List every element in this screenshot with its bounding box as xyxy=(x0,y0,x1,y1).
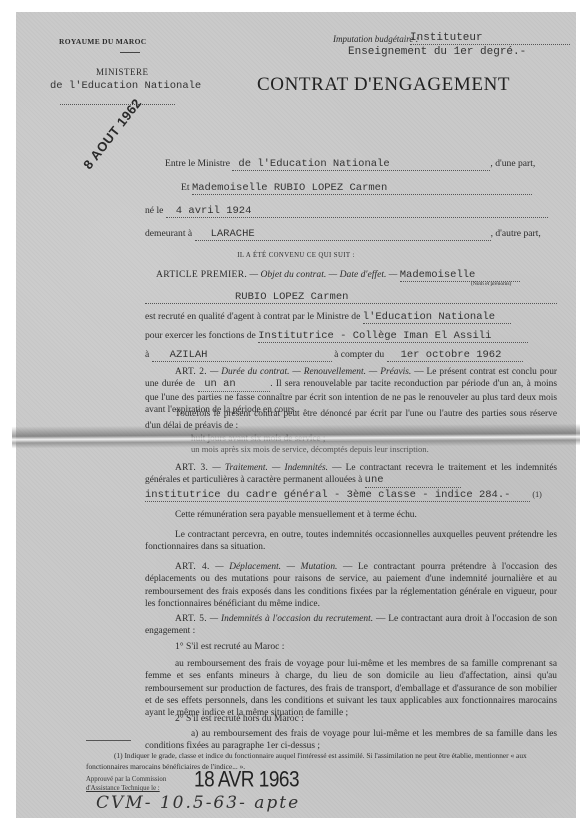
article1-subject: — Objet du contrat. — Date d'effet. — xyxy=(250,269,398,280)
article5-heading: ART. 5. xyxy=(175,614,207,624)
birth-line: né le 4 avril 1924 xyxy=(145,205,548,218)
first-part-label: , d'une part, xyxy=(490,158,535,169)
ministry-heading: MINISTERE xyxy=(96,67,149,77)
residing-value: LARACHE xyxy=(195,228,491,241)
header-divider xyxy=(120,52,140,53)
approval-line1: Approuvé par la Commission xyxy=(86,775,166,784)
born-label: né le xyxy=(145,205,163,216)
born-value: 4 avril 1924 xyxy=(166,205,548,218)
article3-paragraph: ART. 3. — Traitement. — Indemnités. — Le… xyxy=(145,462,557,488)
duration-value: un an xyxy=(198,378,270,391)
function-value: Institutrice - Collège Iman El Assili xyxy=(258,330,528,343)
agreed-heading: IL A ÉTÉ CONVENU CE QUI SUIT : xyxy=(16,252,576,259)
imputation-value-line1: Instituteur xyxy=(410,32,570,45)
person-line: Et Mademoiselle RUBIO LOPEZ Carmen xyxy=(181,182,532,195)
residing-label: demeurant à xyxy=(145,228,192,239)
article4-paragraph: ART. 4. — Déplacement. — Mutation. — Le … xyxy=(145,561,557,610)
article2-subject: — Durée du contrat. — Renouvellement. — … xyxy=(210,367,411,377)
imputation-value-line2: Enseignement du 1er degré.- xyxy=(348,46,526,58)
recruited-value: l'Education Nationale xyxy=(363,311,511,324)
payment-paragraph: Cette rémunération sera payable mensuell… xyxy=(145,509,557,521)
article1-heading-line: ARTICLE PREMIER. — Objet du contrat. — D… xyxy=(156,269,520,282)
recruited-line: est recruté en qualité d'agent à contrat… xyxy=(145,311,511,324)
at-label: à xyxy=(145,349,149,360)
function-text: pour exercer les fonctions de xyxy=(145,330,256,341)
ministre-value: de l'Education Nationale xyxy=(232,158,490,171)
article1-heading: ARTICLE PREMIER. xyxy=(156,269,247,280)
case2-label: 2° S'il est recruté hors du Maroc : xyxy=(175,713,304,724)
article5-subject: — Indemnités à l'occasion du recrutement… xyxy=(210,614,373,624)
contract-document: ROYAUME DU MAROC MINISTERE de l'Educatio… xyxy=(16,12,576,818)
article3-value-line1: une xyxy=(365,474,461,487)
header-dotted-rule xyxy=(60,104,175,105)
approval-date-stamp: 18 AVR 1963 xyxy=(194,768,299,793)
residence-line: demeurant à LARACHE, d'autre part, xyxy=(145,228,541,241)
imputation-label: Imputation budgétaire : xyxy=(333,34,419,44)
place-line: à AZILAH à compter du 1er octobre 1962 xyxy=(145,349,523,362)
other-part-label: , d'autre part, xyxy=(491,228,541,239)
function-line: pour exercer les fonctions de Institutri… xyxy=(145,330,528,343)
article3-value-line2: institutrice du cadre général - 3ème cla… xyxy=(145,489,530,502)
article4-subject: — Déplacement. — Mutation. xyxy=(215,562,337,572)
article1-name-value: RUBIO LOPEZ Carmen xyxy=(145,291,557,304)
name-caption: (Nom et prénoms) xyxy=(471,281,511,287)
document-title: CONTRAT D'ENGAGEMENT xyxy=(257,74,510,96)
case1-paragraph: au remboursement des frais de voyage pou… xyxy=(145,658,557,719)
article3-subject: — Traitement. — Indemnités. xyxy=(212,463,328,473)
place-value: AZILAH xyxy=(152,349,332,362)
extra-indemnities-paragraph: Le contractant percevra, en outre, toute… xyxy=(145,529,557,554)
footnote-reference: (1) xyxy=(532,490,541,499)
article5-paragraph: ART. 5. — Indemnités à l'occasion du rec… xyxy=(145,613,557,638)
approval-stamp-text: Approuvé par la Commission d'Assistance … xyxy=(86,775,166,793)
article1-name-line: RUBIO LOPEZ Carmen xyxy=(145,291,557,304)
received-date-stamp: 8 AOUT 1962 xyxy=(80,96,144,172)
article2-heading: ART. 2. xyxy=(175,367,207,377)
ministre-label: Entre le Ministre xyxy=(165,158,230,169)
recruited-text: est recruté en qualité d'agent à contrat… xyxy=(145,311,360,322)
person-value: Mademoiselle RUBIO LOPEZ Carmen xyxy=(192,182,532,195)
from-label: à compter du xyxy=(334,349,384,360)
article4-heading: ART. 4. xyxy=(175,562,210,572)
footnote-text: (1) Indiquer le grade, classe et indice … xyxy=(86,750,541,772)
case2a-paragraph: a) au remboursement des frais de voyage … xyxy=(145,728,557,753)
kingdom-heading: ROYAUME DU MAROC xyxy=(59,37,146,46)
department-name: de l'Education Nationale xyxy=(50,80,201,92)
et-label: Et xyxy=(181,182,190,193)
handwritten-annotation: CVM- 10.5-63- apte xyxy=(96,793,300,813)
approval-line2: d'Assistance Technique le : xyxy=(86,784,166,793)
article3-heading: ART. 3. xyxy=(175,463,208,473)
paper-fold-crease xyxy=(12,424,580,449)
footnote-divider xyxy=(86,740,131,741)
article3-value-line: institutrice du cadre général - 3ème cla… xyxy=(145,489,542,502)
start-date-value: 1er octobre 1962 xyxy=(387,349,523,362)
case1-label: 1° S'il est recruté au Maroc : xyxy=(175,641,284,652)
ministre-line: Entre le Ministre de l'Education Nationa… xyxy=(165,158,557,171)
